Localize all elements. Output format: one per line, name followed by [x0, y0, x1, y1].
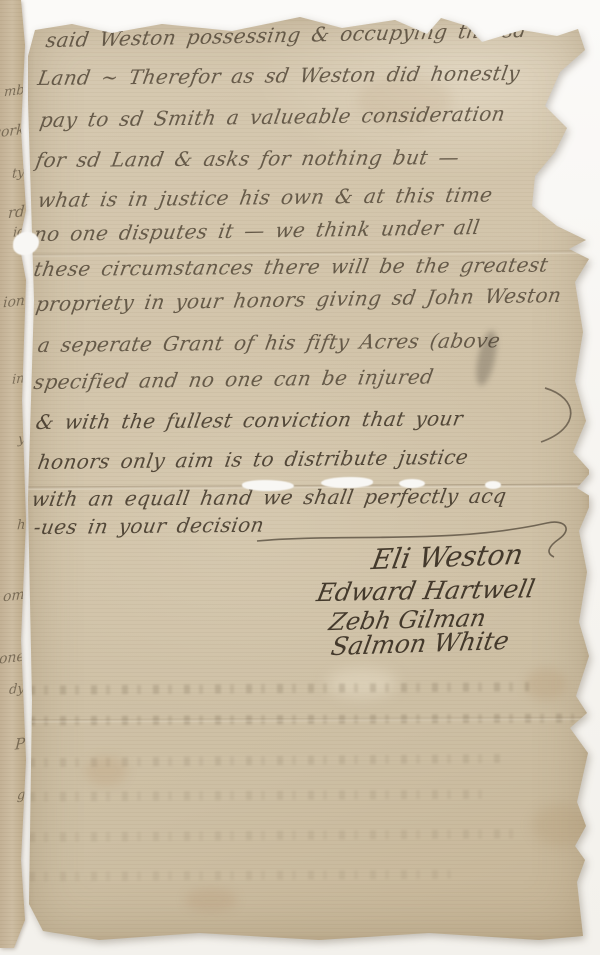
text-fragment: mb: [4, 83, 25, 101]
text-fragment: in: [12, 371, 25, 388]
tear-hole: [242, 480, 294, 491]
scanned-document: mb work ty rd id ion in y h om one dy P …: [0, 0, 600, 955]
manuscript-line: a seperate Grant of his fifty Acres (abo…: [36, 328, 502, 357]
manuscript-line: no one disputes it — we think under all: [32, 215, 482, 246]
tear-hole: [485, 481, 501, 489]
bleedthrough-line: [29, 682, 529, 694]
text-fragment: h: [16, 517, 25, 533]
text-fragment: ty: [12, 165, 25, 182]
signature-edward-hartwell: Edward Hartwell: [314, 574, 537, 607]
text-fragment: y: [17, 431, 25, 447]
text-fragment: dy: [9, 681, 25, 698]
manuscript-line: these circumstances there will be the gr…: [32, 253, 550, 282]
text-fragment: om: [3, 587, 25, 606]
text-fragment: one: [0, 648, 25, 667]
paper-stain: [525, 668, 567, 700]
signature-salmon-white: Salmon White: [329, 626, 512, 661]
adjacent-page-paper: mb work ty rd id ion in y h om one dy P …: [0, 0, 27, 948]
text-fragment: work: [0, 122, 25, 143]
manuscript-line: pay to sd Smith a valueable consideratio…: [38, 102, 507, 133]
bleedthrough-line: [29, 829, 519, 841]
signature-eli-weston: Eli Weston: [369, 538, 526, 576]
manuscript-line: specified and no one can be injured: [32, 364, 435, 394]
manuscript-line: what is in justice his own & at this tim…: [36, 182, 494, 212]
paper-stain: [532, 804, 590, 846]
manuscript-line: said Weston possessing & occupying the s…: [44, 17, 560, 52]
bleedthrough-line: [29, 790, 489, 801]
manuscript-page: said Weston possessing & occupying the s…: [27, 16, 589, 941]
manuscript-line: for sd Land & asks for nothing but —: [34, 145, 461, 172]
text-fragment: g: [16, 787, 25, 803]
manuscript-line: & with the fullest conviction that your: [34, 406, 465, 434]
text-fragment: rd: [8, 202, 26, 222]
tear-hole: [321, 477, 373, 488]
bleedthrough-line: [29, 754, 509, 767]
manuscript-line: honors only aim is to distribute justice: [36, 445, 470, 474]
paper-stain: [185, 888, 237, 912]
manuscript-line: Land ~ Therefor as sd Weston did honestl…: [36, 61, 522, 90]
tear-hole: [399, 479, 425, 488]
adjacent-page-edge: mb work ty rd id ion in y h om one dy P …: [0, 0, 27, 948]
text-fragment: ion: [3, 293, 26, 312]
flourish-paren: [535, 384, 587, 446]
manuscript-line: -ues in your decision: [32, 513, 266, 539]
bleedthrough-line: [29, 870, 459, 881]
text-fragment: P: [14, 734, 25, 753]
manuscript-page-wrap: said Weston possessing & occupying the s…: [27, 16, 589, 941]
manuscript-line: propriety in your honors giving sd John …: [34, 283, 563, 316]
